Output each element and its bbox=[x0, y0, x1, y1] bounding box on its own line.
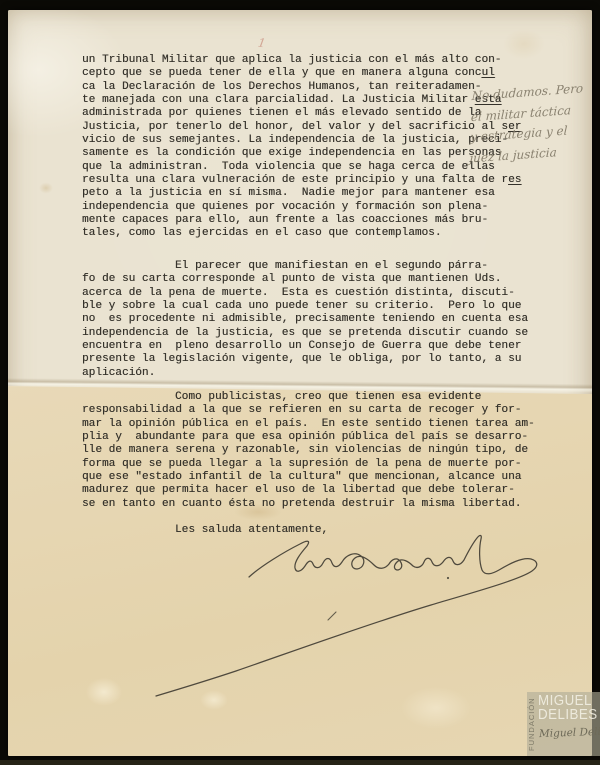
letter-line: encuentra en pleno desarrollo un Consejo… bbox=[82, 340, 562, 353]
letter-line: acerca de la pena de muerte. Esta es cue… bbox=[82, 287, 562, 300]
watermark-delibes-label: DELIBES bbox=[538, 708, 595, 722]
watermark-script-signature: Miguel Delibes bbox=[539, 726, 600, 740]
watermark-fundacion-label: FUNDACIÓN bbox=[527, 694, 538, 754]
letter-line: presente la legislación vigente, que le … bbox=[82, 353, 562, 366]
watermark-miguel-label: MIGUEL bbox=[538, 694, 595, 708]
letter-line: no es procedente ni admisible, precisame… bbox=[82, 313, 562, 326]
letter-line: mente capaces para ello, aun frente a la… bbox=[82, 214, 562, 227]
letter-line: independencia de la justicia, es que se … bbox=[82, 327, 562, 340]
letter-line: plia y abundante para que esa opinión pú… bbox=[82, 431, 562, 444]
letter-line: peto a la justicia en sí misma. Nadie me… bbox=[82, 187, 562, 200]
archive-watermark: FUNDACIÓN MIGUEL DELIBES Miguel Delibes bbox=[527, 692, 600, 756]
letter-line: tales, como las ejercidas en el caso que… bbox=[82, 227, 562, 240]
letter-line: mar la opinión pública en el país. En es… bbox=[82, 418, 562, 431]
letter-line: que ese "estado infantil de la cultura" … bbox=[82, 471, 562, 484]
photo-edge-highlight bbox=[0, 760, 600, 765]
letter-line: responsabilidad a la que se refieren en … bbox=[82, 404, 562, 417]
letter-line: un Tribunal Militar que aplica la justic… bbox=[82, 54, 562, 67]
closing-line: Les saluda atentamente, bbox=[175, 524, 328, 536]
letter-paragraph: Como publicistas, creo que tienen esa ev… bbox=[82, 391, 562, 511]
letter-line: resulta una clara vulneración de este pr… bbox=[82, 174, 562, 187]
photo-background: 1 un Tribunal Militar que aplica la just… bbox=[0, 0, 600, 765]
letter-line: se en tanto en cuanto ésta no pretenda d… bbox=[82, 498, 562, 511]
letter-line: madurez que permita hacer el uso de la l… bbox=[82, 484, 562, 497]
letter-line: cepto que se pueda tener de ella y que e… bbox=[82, 67, 562, 80]
faint-pencil-mark: 1 bbox=[257, 35, 267, 50]
letter-line: forma que se pueda llegar a la supresión… bbox=[82, 458, 562, 471]
letter-line: independencia que quienes por vocación y… bbox=[82, 201, 562, 214]
letter-page: 1 un Tribunal Militar que aplica la just… bbox=[8, 10, 592, 756]
handwritten-margin-note: No dudamos. Peroel militar tácticay estr… bbox=[469, 76, 592, 169]
watermark-name-block: MIGUEL DELIBES Miguel Delibes bbox=[538, 694, 600, 739]
letter-line: El parecer que manifiestan en el segundo… bbox=[82, 260, 562, 273]
letter-line: Como publicistas, creo que tienen esa ev… bbox=[82, 391, 562, 404]
letter-line: fo de su carta corresponde al punto de v… bbox=[82, 273, 562, 286]
letter-line: ble y sobre la cual cada uno puede tener… bbox=[82, 300, 562, 313]
letter-paragraph: El parecer que manifiestan en el segundo… bbox=[82, 260, 562, 380]
letter-line: lle de manera serena y razonable, sin vi… bbox=[82, 444, 562, 457]
letter-line: aplicación. bbox=[82, 367, 562, 380]
